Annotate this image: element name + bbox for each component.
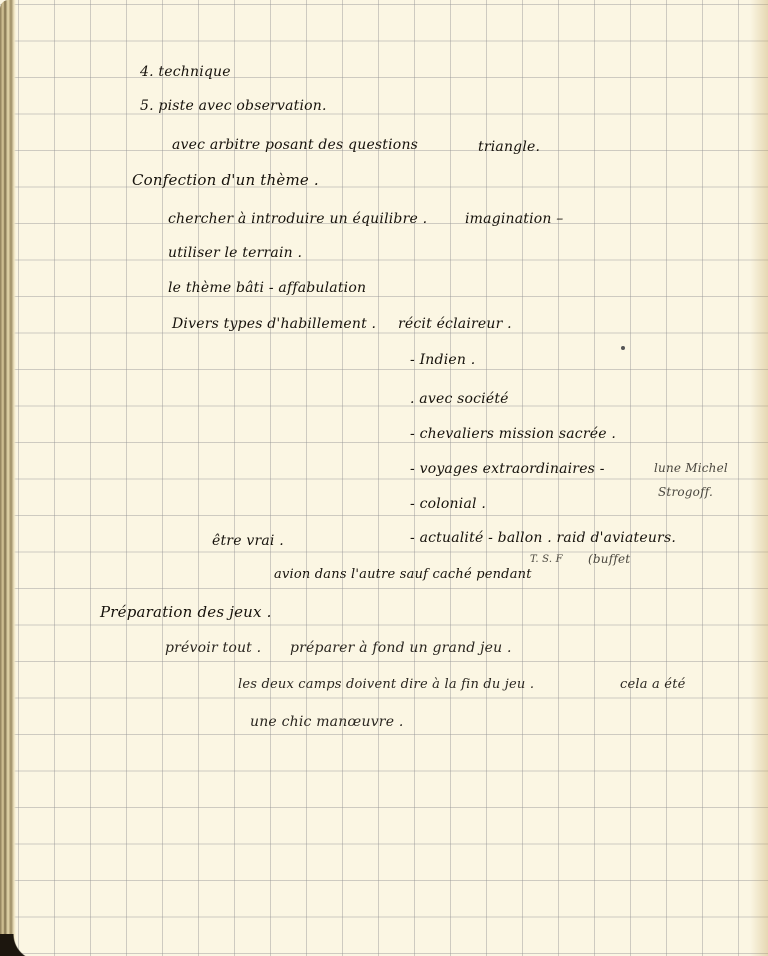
- list-item-5: 5. piste avec observation.: [140, 98, 327, 114]
- note-tsf: T. S. F: [530, 554, 563, 565]
- list-voyages: - voyages extraordinaires -: [410, 461, 605, 477]
- heading-preparation: Préparation des jeux .: [100, 603, 272, 621]
- item-5-aside: triangle.: [478, 139, 540, 155]
- heading-confection: Confection d'un thème .: [132, 171, 319, 189]
- confection-recit: récit éclaireur .: [398, 316, 512, 332]
- notebook-page: 4. technique 5. piste avec observation. …: [0, 0, 768, 956]
- etre-vrai: être vrai .: [212, 533, 284, 549]
- list-indien: - Indien .: [410, 352, 475, 368]
- prep-line-2b: cela a été: [620, 677, 686, 692]
- list-item-4: 4. technique: [140, 64, 231, 80]
- list-colonial: - colonial .: [410, 496, 486, 512]
- avion-line: avion dans l'autre sauf caché pendant: [274, 567, 532, 582]
- prep-line-3: une chic manœuvre .: [250, 714, 403, 730]
- note-strogoff: Strogoff.: [658, 485, 713, 499]
- confection-imagination: imagination –: [465, 211, 564, 227]
- confection-line-3: le thème bâti - affabulation: [168, 280, 366, 296]
- notebook-binding-edge: [0, 0, 16, 956]
- note-buffet: (buffet: [588, 552, 630, 566]
- list-actualite: - actualité - ballon . raid d'aviateurs.: [410, 530, 676, 546]
- list-societe: . avec société: [410, 391, 509, 407]
- ink-dot: [621, 346, 625, 350]
- prep-line-2: les deux camps doivent dire à la fin du …: [238, 677, 534, 692]
- prep-line-1b: préparer à fond un grand jeu .: [290, 640, 512, 656]
- confection-line-1: chercher à introduire un équilibre .: [168, 211, 427, 227]
- confection-line-4: Divers types d'habillement .: [172, 316, 376, 332]
- prep-line-1: prévoir tout .: [165, 640, 261, 656]
- list-chevaliers: - chevaliers mission sacrée .: [410, 426, 616, 442]
- item-5-detail: avec arbitre posant des questions: [172, 137, 418, 153]
- page-corner-shadow: [0, 934, 40, 956]
- confection-line-2: utiliser le terrain .: [168, 245, 302, 261]
- note-lune-michel: lune Michel: [654, 461, 728, 475]
